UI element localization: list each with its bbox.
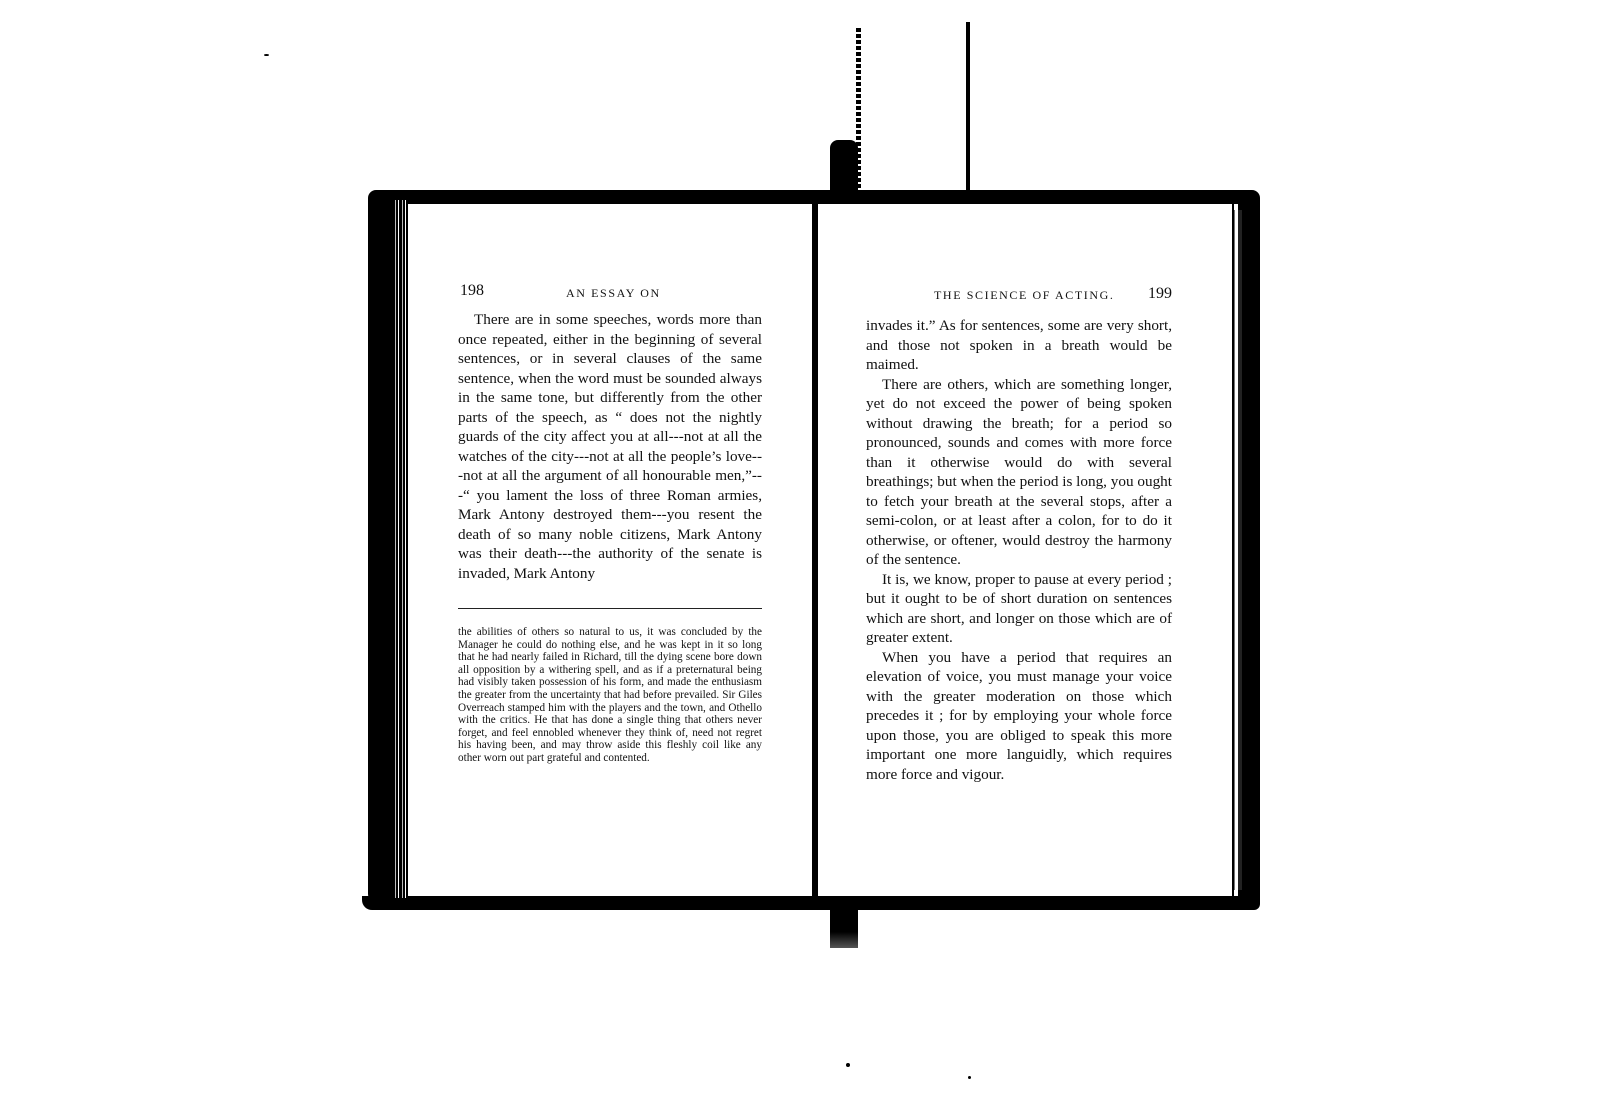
page-number: 199 [1148, 285, 1172, 303]
paragraph: It is, we know, proper to pause at every… [866, 570, 1172, 648]
page-number: 198 [460, 282, 484, 300]
scan-speck [968, 1076, 971, 1079]
bookmark-ribbon [966, 22, 970, 196]
paragraph: There are others, which are something lo… [866, 375, 1172, 570]
footnote: the abilities of others so natural to us… [458, 626, 762, 765]
paragraph: invades it.” As for sentences, some are … [866, 316, 1172, 375]
scan-speck [846, 1063, 850, 1067]
left-page: 198 AN ESSAY ON There are in some speech… [408, 204, 814, 896]
spine-tab-bottom [830, 908, 858, 948]
book-cover-bottom [362, 896, 1260, 910]
right-page: THE SCIENCE OF ACTING. 199 invades it.” … [818, 204, 1234, 896]
running-head: THE SCIENCE OF ACTING. [934, 288, 1115, 303]
scan-speck [264, 54, 269, 56]
paragraph: There are in some speeches, words more t… [458, 310, 762, 583]
paragraph: When you have a period that requires an … [866, 648, 1172, 785]
body-text: There are in some speeches, words more t… [458, 310, 762, 583]
body-text: invades it.” As for sentences, some are … [866, 316, 1172, 784]
running-head: AN ESSAY ON [566, 286, 661, 301]
footnote-rule [458, 608, 762, 609]
page-edges-left [392, 200, 408, 898]
